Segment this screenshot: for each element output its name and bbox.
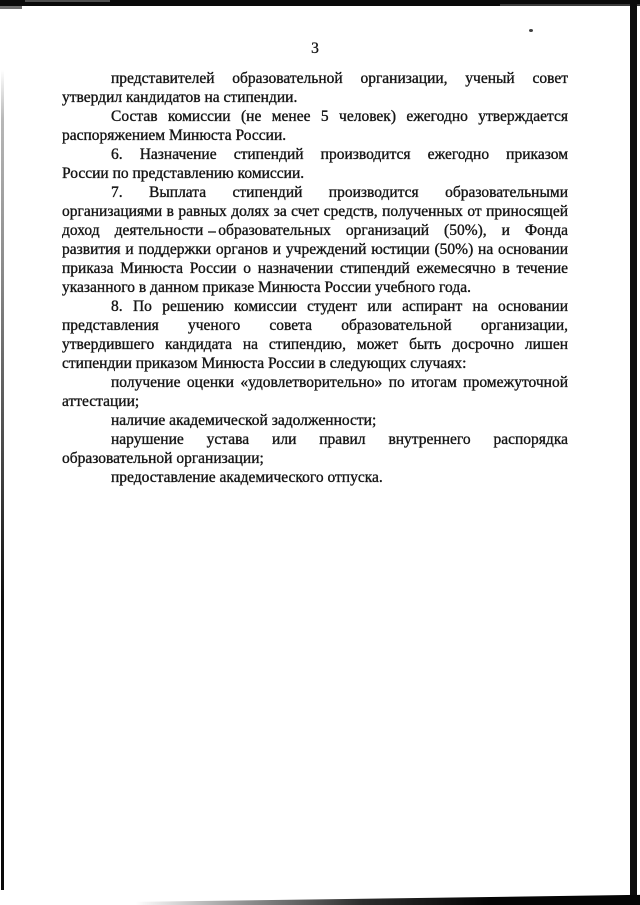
text-line-9: доход деятельности образовательных орган… (62, 221, 568, 240)
page-number: 3 (62, 39, 568, 58)
text-line-17: получение оценки «удовлетворительно» по … (62, 373, 568, 392)
text-line-2: утвердил кандидатов на стипендии. (62, 88, 568, 107)
scan-edge-top-texture (25, 0, 110, 2)
text-line-10: развития и поддержки органов и учреждени… (62, 240, 568, 259)
scan-edge-left-line (1, 70, 4, 890)
text-line-8: организациями в равных долях за счет сре… (62, 202, 568, 221)
text-line-22: предоставление академического отпуска. (62, 468, 568, 487)
text-line-21: образовательной организации; (62, 449, 568, 468)
scanned-document-page: 3 представителей образовательной организ… (0, 0, 640, 905)
text-line-16: стипендии приказом Минюста России в след… (62, 354, 568, 373)
scan-edge-top-texture (500, 4, 640, 6)
scan-edge-right-bar (630, 0, 637, 905)
text-line-5: 6. Назначение стипендий производится еже… (62, 145, 568, 164)
text-line-19: наличие академической задолженности; (62, 411, 568, 430)
text-line-6: России по представлению комиссии. (62, 164, 568, 183)
text-line-18: аттестации; (62, 392, 568, 411)
text-line-7: 7. Выплата стипендий производится образо… (62, 183, 568, 202)
scan-speck (529, 29, 533, 32)
text-line-13: 8. По решению комиссии студент или аспир… (62, 297, 568, 316)
scan-edge-top-band (0, 0, 640, 6)
text-line-15: утвердившего кандидата на стипендию, мож… (62, 335, 568, 354)
text-line-1: представителей образовательной организац… (62, 69, 568, 88)
text-line-3: Состав комиссии (не менее 5 человек) еже… (62, 107, 568, 126)
text-line-4: распоряжением Минюста России. (62, 126, 568, 145)
scan-edge-top-stub (0, 6, 22, 9)
text-line-12: указанного в данном приказе Минюста Росс… (62, 278, 568, 297)
text-line-11: приказа Минюста России о назначении стип… (62, 259, 568, 278)
scan-edge-bottom-line (135, 894, 640, 905)
text-line-14: представления ученого совета образовател… (62, 316, 568, 335)
text-line-20: нарушение устава или правил внутреннего … (62, 430, 568, 449)
document-text-block: представителей образовательной организац… (62, 69, 568, 487)
